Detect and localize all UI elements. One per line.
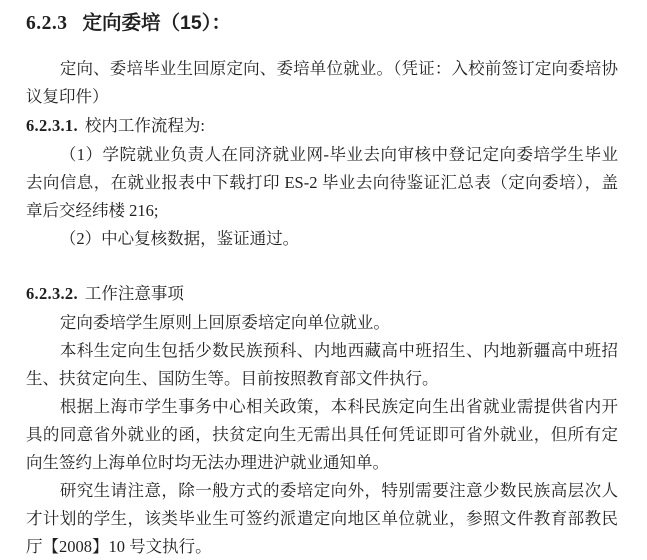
subsection-6232-title: 工作注意事项 (85, 284, 184, 303)
section-heading-623: 6.2.3定向委培（15）： (26, 10, 618, 37)
intro-paragraph: 定向、委培毕业生回原定向、委培单位就业。（凭证：入校前签订定向委培协议复印件） (26, 55, 618, 111)
blank-line (26, 253, 618, 279)
section-heading-title: 定向委培（15）： (83, 12, 231, 34)
note-paragraph-2: 本科生定向生包括少数民族预科、内地西藏高中班招生、内地新疆高中班招生、扶贫定向生… (26, 337, 618, 393)
section-heading-number: 6.2.3 (26, 13, 68, 34)
subsection-heading-6231: 6.2.3.1.校内工作流程为: (26, 113, 618, 139)
workflow-step-2: （2）中心复核数据，鉴证通过。 (26, 225, 618, 253)
note-paragraph-3: 根据上海市学生事务中心相关政策，本科民族定向生出省就业需提供省内开具的同意省外就… (26, 393, 618, 477)
subsection-6231-title: 校内工作流程为: (85, 116, 205, 135)
workflow-step-1: （1）学院就业负责人在同济就业网-毕业去向审核中登记定向委培学生毕业去向信息，在… (26, 141, 618, 225)
document-page: 6.2.3定向委培（15）： 定向、委培毕业生回原定向、委培单位就业。（凭证：入… (0, 0, 647, 560)
subsection-6231-number: 6.2.3.1. (26, 116, 78, 135)
note-paragraph-1: 定向委培学生原则上回原委培定向单位就业。 (26, 309, 618, 337)
subsection-heading-6232: 6.2.3.2.工作注意事项 (26, 281, 618, 307)
note-paragraph-4: 研究生请注意，除一般方式的委培定向外，特别需要注意少数民族高层次人才计划的学生，… (26, 477, 618, 560)
subsection-6232-number: 6.2.3.2. (26, 284, 78, 303)
